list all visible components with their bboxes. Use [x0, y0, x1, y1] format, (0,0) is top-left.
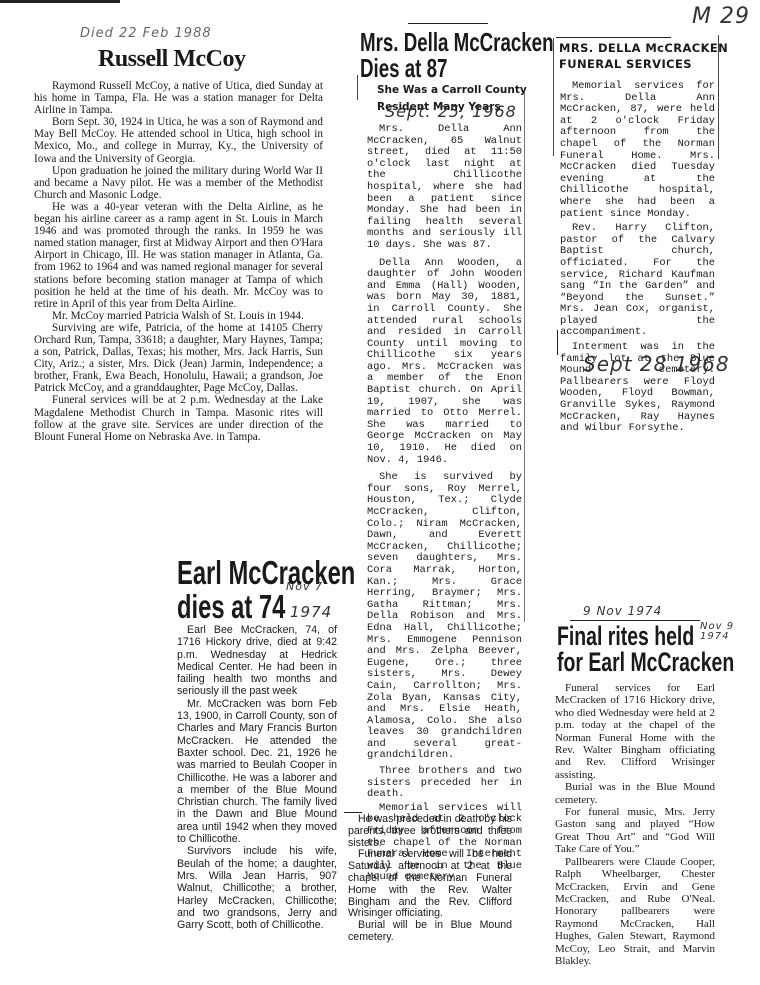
- headline-line2: FUNERAL SERVICES: [559, 57, 692, 72]
- headline-line1: Final rites held: [557, 622, 694, 650]
- top-rule: [408, 23, 488, 24]
- paragraph: He was a 40-year veteran with the Delta …: [34, 201, 323, 310]
- paragraph: Burial was in the Blue Mound cemetery.: [555, 781, 715, 806]
- paragraph: Born Sept. 30, 1924 in Utica, he was a s…: [34, 116, 323, 164]
- paragraph: Upon graduation he joined the military d…: [34, 165, 323, 201]
- top-rule: [556, 37, 671, 38]
- handwritten-date-year: 1974: [290, 603, 332, 621]
- handwritten-date: Sept. 25, 1968: [385, 102, 517, 121]
- paragraph: Funeral services will be at 2 p.m. Wedne…: [34, 394, 323, 442]
- page-marker: M 29: [692, 4, 750, 29]
- paragraph: Mr. McCracken was born Feb 13, 1900, in …: [177, 698, 337, 846]
- handwritten-date: 9 Nov 1974: [583, 604, 662, 618]
- handwritten-note: Nov 9 1974: [700, 622, 740, 642]
- paragraph: Mr. McCoy married Patricia Walsh of St. …: [34, 310, 323, 322]
- paragraph: Mrs. Della Ann McCracken, 65 Walnut stre…: [367, 124, 522, 252]
- handwritten-date-month: Nov 7: [286, 580, 323, 593]
- paragraph: Funeral services will be held Saturday a…: [348, 849, 512, 920]
- paragraph: Della Ann Wooden, a daughter of John Woo…: [367, 258, 522, 467]
- paragraph: Survivors include his wife, Beulah of th…: [177, 845, 337, 931]
- headline: Russell McCoy: [98, 46, 245, 73]
- headline-line2: for Earl McCracken: [557, 648, 734, 676]
- column-rule: [557, 330, 558, 355]
- paragraph: She is survived by four sons, Roy Merrel…: [367, 472, 522, 762]
- article-body: Memorial services for Mrs. Della Ann McC…: [560, 81, 715, 435]
- paragraph: He was preceded in death by his parents,…: [348, 814, 512, 849]
- paragraph: Burial will be in Blue Mound cemetery.: [348, 920, 512, 944]
- handwritten-date: Died 22 Feb 1988: [80, 26, 212, 41]
- headline-line2: Dies at 87: [360, 55, 447, 81]
- scan-edge-rule: [0, 0, 120, 3]
- column-rule: [553, 38, 554, 156]
- column-rule: [524, 92, 525, 622]
- paragraph: Memorial services for Mrs. Della Ann McC…: [560, 81, 715, 220]
- paragraph: Earl Bee McCracken, 74, of 1716 Hickory …: [177, 624, 337, 698]
- paragraph: Funeral services for Earl McCracken of 1…: [555, 682, 715, 781]
- article-body: Funeral services for Earl McCracken of 1…: [555, 682, 715, 967]
- paragraph: Rev. Harry Clifton, pastor of the Calvar…: [560, 223, 715, 339]
- column-rule: [357, 75, 358, 100]
- headline-line1: MRS. DELLA McCRACKEN: [559, 41, 728, 56]
- handwritten-date: Sept 28 1968: [583, 352, 730, 376]
- article-body: Raymond Russell McCoy, a native of Utica…: [34, 80, 323, 443]
- paragraph: Pallbearers were Claude Cooper, Ralph Wh…: [555, 856, 715, 968]
- paragraph: Raymond Russell McCoy, a native of Utica…: [34, 80, 323, 116]
- headline-line1: Mrs. Della McCracken: [360, 29, 554, 55]
- headline-line1: Earl McCracken: [177, 556, 355, 590]
- article-body: Mrs. Della Ann McCracken, 65 Walnut stre…: [367, 124, 522, 884]
- paragraph: For funeral music, Mrs. Jerry Gaston san…: [555, 806, 715, 856]
- paragraph: Three brothers and two sisters preceded …: [367, 766, 522, 801]
- headline-line2: dies at 74: [177, 590, 285, 624]
- article-body: Earl Bee McCracken, 74, of 1716 Hickory …: [177, 624, 337, 931]
- paragraph: Surviving are wife, Patricia, of the hom…: [34, 322, 323, 395]
- article-continued: He was preceded in death by his parents,…: [348, 814, 512, 944]
